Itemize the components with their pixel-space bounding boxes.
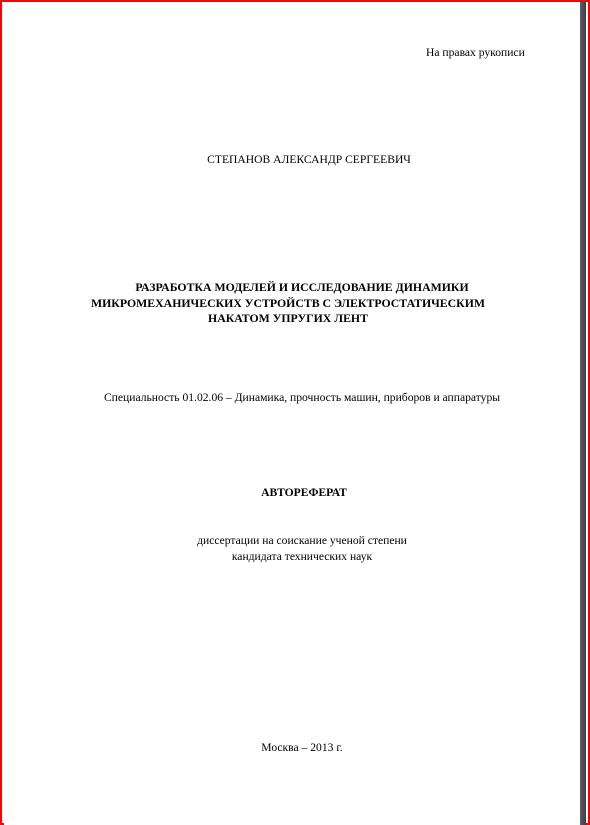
title-line: РАЗРАБОТКА МОДЕЛЕЙ И ИССЛЕДОВАНИЕ ДИНАМИ…: [84, 280, 492, 296]
city-year: Москва – 2013 г.: [4, 741, 590, 755]
title-line: МИКРОМЕХАНИЧЕСКИХ УСТРОЙСТВ С ЭЛЕКТРОСТА…: [84, 296, 492, 312]
degree-description: диссертации на соискание ученой степени …: [4, 533, 590, 565]
degree-line: кандидата технических наук: [4, 549, 590, 565]
author-name: СТЕПАНОВ АЛЕКСАНДР СЕРГЕЕВИЧ: [4, 153, 590, 167]
speciality-code: Специальность 01.02.06 – Динамика, прочн…: [4, 391, 590, 405]
manuscript-rights-note: На правах рукописи: [426, 46, 525, 60]
title-line: НАКАТОМ УПРУГИХ ЛЕНТ: [84, 311, 492, 327]
document-page: На правах рукописи СТЕПАНОВ АЛЕКСАНДР СЕ…: [4, 4, 584, 825]
dissertation-title: РАЗРАБОТКА МОДЕЛЕЙ И ИССЛЕДОВАНИЕ ДИНАМИ…: [84, 280, 492, 327]
document-viewer-frame: На правах рукописи СТЕПАНОВ АЛЕКСАНДР СЕ…: [0, 0, 590, 825]
degree-line: диссертации на соискание ученой степени: [4, 533, 590, 549]
page-edge-shadow: [580, 2, 586, 825]
document-type-heading: АВТОРЕФЕРАТ: [4, 486, 590, 500]
